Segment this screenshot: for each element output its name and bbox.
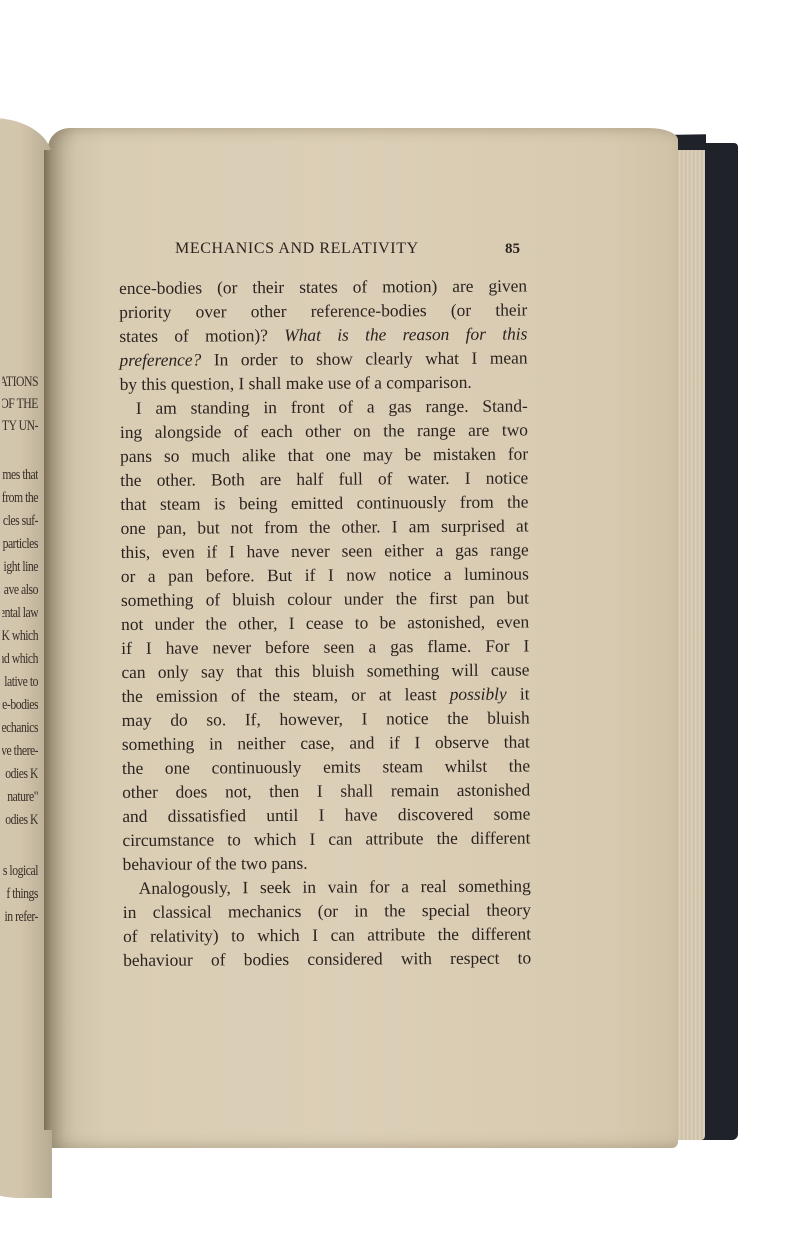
left-page-fragment: echanics: [2, 717, 38, 740]
text-run: In order to show clearly what I mean: [201, 348, 527, 370]
text-run: one pan, but not from the other. I am su…: [120, 516, 528, 538]
left-page-fragment: K which: [2, 625, 38, 648]
running-head: MECHANICS AND RELATIVITY 85: [175, 240, 520, 258]
text-run: other does not, then I shall remain asto…: [122, 779, 530, 801]
text-run: by this question, I shall make use of a …: [120, 372, 472, 394]
text-line: in classical mechanics (or in the specia…: [123, 897, 531, 923]
text-line: this, even if I have never seen either a…: [121, 538, 529, 564]
page-number: 85: [505, 241, 520, 258]
text-line: and dissatisfied until I have discovered…: [122, 801, 530, 827]
book-gutter: [44, 150, 52, 1130]
left-page-fragment: in refer-: [2, 906, 38, 929]
text-run: if I have never before seen a gas flame.…: [121, 636, 529, 658]
left-page-fragment: f things: [2, 883, 38, 906]
text-run: ence-bodies (or their states of motion) …: [119, 276, 527, 298]
text-line: the other. Both are half full of water. …: [120, 466, 528, 492]
text-line: by this question, I shall make use of a …: [120, 370, 528, 396]
text-run: the other. Both are half full of water. …: [120, 468, 528, 490]
text-line: circumstance to which I can attribute th…: [122, 825, 530, 851]
text-run: and dissatisfied until I have discovered…: [122, 803, 530, 825]
text-run: I am standing in front of a gas range. S…: [136, 396, 528, 418]
left-page-fragment: ce-bodies: [2, 694, 38, 717]
left-page-fragment: odies K: [2, 763, 38, 786]
text-line: something of bluish colour under the fir…: [121, 586, 529, 612]
text-run: may do so. If, however, I notice the blu…: [122, 707, 530, 729]
left-page-fragment: ave also: [2, 579, 38, 602]
text-run: circumstance to which I can attribute th…: [122, 827, 530, 849]
text-run: pans so much alike that one may be mista…: [120, 444, 528, 466]
text-run: that steam is being emitted continuously…: [120, 492, 528, 514]
text-run: can only say that this bluish something …: [121, 660, 529, 682]
text-run: behaviour of bodies considered with resp…: [123, 947, 531, 969]
text-run: ing alongside of each other on the range…: [120, 420, 528, 442]
text-line: can only say that this bluish something …: [121, 658, 529, 684]
text-run: something in neither case, and if I obse…: [122, 731, 530, 753]
left-page-fragment: ental law: [2, 602, 38, 625]
left-page-fragment: cles suf-: [2, 510, 38, 533]
left-page-fragment: OF THE: [2, 393, 38, 416]
text-line: that steam is being emitted continuously…: [120, 490, 528, 516]
left-page-fragment: odies K: [2, 809, 38, 832]
text-line: pans so much alike that one may be mista…: [120, 442, 528, 468]
text-run: Analogously, I seek in vain for a real s…: [139, 875, 531, 897]
text-run: or a pan before. But if I now notice a l…: [121, 564, 529, 586]
left-page-fragment: from the: [2, 487, 38, 510]
text-run: it: [507, 684, 530, 704]
text-run: not under the other, I cease to be aston…: [121, 612, 529, 634]
text-run: the emission of the steam, or at least: [122, 684, 450, 706]
text-line: states of motion)? What is the reason fo…: [119, 322, 527, 348]
running-head-title: MECHANICS AND RELATIVITY: [175, 240, 419, 258]
left-page-fragment: TY UN-: [2, 415, 38, 438]
text-line: the emission of the steam, or at least p…: [121, 682, 529, 708]
text-line: of relativity) to which I can attribute …: [123, 921, 531, 947]
text-line: something in neither case, and if I obse…: [122, 729, 530, 755]
page-body-text: ence-bodies (or their states of motion) …: [119, 274, 531, 972]
left-page-fragment: lative to: [2, 671, 38, 694]
left-page-fragment: particles: [2, 533, 38, 556]
left-page-fragment: mes that: [2, 464, 38, 487]
text-line: behaviour of bodies considered with resp…: [123, 945, 531, 971]
text-line: if I have never before seen a gas flame.…: [121, 634, 529, 660]
text-line: other does not, then I shall remain asto…: [122, 777, 530, 803]
text-line: the one continuously emits steam whilst …: [122, 753, 530, 779]
text-line: Analogously, I seek in vain for a real s…: [123, 873, 531, 899]
text-run: in classical mechanics (or in the specia…: [123, 899, 531, 921]
left-page-fragment: ight line: [2, 556, 38, 579]
text-line: priority over other reference-bodies (or…: [119, 298, 527, 324]
italic-text: What is the reason for this: [284, 324, 527, 345]
italic-text: preference?: [119, 349, 201, 369]
text-run: states of motion)?: [119, 325, 284, 346]
text-line: ence-bodies (or their states of motion) …: [119, 274, 527, 300]
text-line: preference? In order to show clearly wha…: [119, 346, 527, 372]
text-run: of relativity) to which I can attribute …: [123, 923, 531, 945]
text-run: something of bluish colour under the fir…: [121, 588, 529, 610]
text-line: ing alongside of each other on the range…: [120, 418, 528, 444]
text-line: I am standing in front of a gas range. S…: [120, 394, 528, 420]
left-page-fragment: nd which: [2, 648, 38, 671]
text-line: not under the other, I cease to be aston…: [121, 610, 529, 636]
text-run: priority over other reference-bodies (or…: [119, 300, 527, 322]
left-page-fragment: nature": [2, 786, 38, 809]
left-page-fragment: DATIONS: [2, 371, 38, 394]
left-page-fragment: s logical: [2, 860, 38, 883]
text-line: may do so. If, however, I notice the blu…: [122, 705, 530, 731]
text-line: or a pan before. But if I now notice a l…: [121, 562, 529, 588]
text-line: one pan, but not from the other. I am su…: [120, 514, 528, 540]
italic-text: possibly: [450, 684, 507, 704]
text-line: behaviour of the two pans.: [123, 849, 531, 875]
text-run: this, even if I have never seen either a…: [121, 540, 529, 562]
text-run: the one continuously emits steam whilst …: [122, 755, 530, 777]
text-run: behaviour of the two pans.: [123, 853, 308, 874]
left-page-fragment: ve there-: [2, 740, 38, 763]
